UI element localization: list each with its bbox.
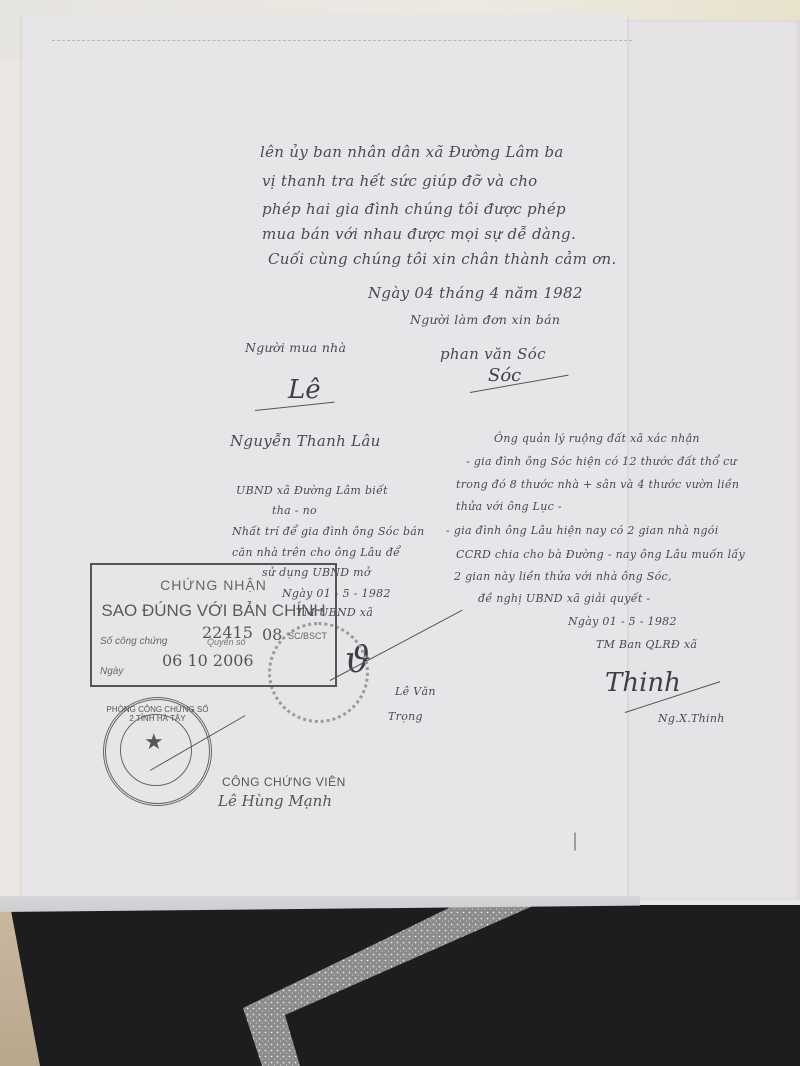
left-confirm-line-4: căn nhà trên cho ông Lâu để	[232, 546, 400, 559]
right-signer-name: Ng.X.Thinh	[658, 712, 725, 725]
petition-line-5: Cuối cùng chúng tôi xin chân thành cảm ơ…	[268, 250, 617, 268]
buyer-label: Người mua nhà	[245, 340, 346, 355]
left-confirm-line-3: Nhất trí để gia đình ông Sóc bán	[232, 525, 425, 538]
stamp-book-suffix: SC/BSCT	[288, 631, 327, 641]
right-signature: Thinh	[605, 668, 681, 698]
petition-line-1: lên ủy ban nhân dân xã Đường Lâm ba	[260, 143, 564, 161]
glitter-tape	[0, 905, 800, 1066]
middle-signer-line-2: Trọng	[388, 710, 423, 723]
right-confirm-line-3: trong đó 8 thước nhà + sân và 4 thước vư…	[456, 478, 739, 491]
stamp-number-row: Số công chứng	[100, 631, 168, 649]
notary-name: Lê Hùng Mạnh	[218, 792, 332, 810]
right-confirm-signoff: TM Ban QLRĐ xã	[596, 638, 697, 651]
right-confirm-line-8: đề nghị UBND xã giải quyết -	[478, 592, 650, 605]
right-confirm-line-5: - gia đình ông Lâu hiện nay có 2 gian nh…	[446, 524, 719, 537]
star-emblem-icon: ★	[144, 730, 164, 755]
petitioner-label: Người làm đơn xin bán	[410, 312, 560, 327]
stamp-date-row: Ngày	[100, 661, 123, 679]
left-confirm-line-2: tha - no	[272, 504, 317, 517]
petition-line-2: vị thanh tra hết sức giúp đỡ và cho	[262, 172, 538, 190]
stamp-number-label: Số công chứng	[100, 636, 168, 647]
right-confirm-line-1: Ông quản lý ruộng đất xã xác nhận	[494, 432, 700, 445]
stamp-title: CHỨNG NHẬN	[92, 577, 335, 593]
top-border-mark	[52, 40, 632, 41]
right-confirm-date: Ngày 01 - 5 - 1982	[568, 615, 677, 628]
stamp-date: 06 10 2006	[162, 651, 254, 670]
petition-line-4: mua bán với nhau được mọi sự dễ dàng.	[262, 225, 576, 243]
stamp-book: 08	[262, 625, 282, 644]
right-confirm-line-7: 2 gian này liền thửa với nhà ông Sóc,	[454, 570, 672, 583]
right-confirm-line-6: CCRD chia cho bà Đường - nay ông Lâu muố…	[456, 548, 745, 561]
stamp-subtitle: SAO ĐÚNG VỚI BẢN CHÍNH	[92, 601, 335, 621]
petitioner-name: phan văn Sóc	[440, 345, 546, 363]
middle-signer-line-1: Lê Văn	[395, 685, 436, 698]
stamp-date-label: Ngày	[100, 666, 123, 677]
right-confirm-line-2: - gia đình ông Sóc hiện có 12 thước đất …	[466, 455, 737, 468]
petition-date: Ngày 04 tháng 4 năm 1982	[368, 284, 583, 302]
buyer-signature: Lê	[288, 375, 321, 405]
buyer-name: Nguyễn Thanh Lâu	[230, 432, 381, 450]
seal-text: PHÒNG CÔNG CHỨNG SỐ 2 TỈNH HÀ TÂY	[106, 705, 209, 723]
certification-stamp: CHỨNG NHẬN SAO ĐÚNG VỚI BẢN CHÍNH Số côn…	[90, 563, 337, 687]
right-confirm-line-4: thửa với ông Lục -	[456, 500, 562, 513]
left-confirm-line-1: UBND xã Đường Lâm biết	[236, 484, 388, 497]
background-table	[0, 905, 800, 1066]
stamp-book-label: Quyển số	[207, 637, 246, 647]
pen-mark	[575, 833, 576, 851]
petition-line-3: phép hai gia đình chúng tôi được phép	[262, 200, 566, 218]
notary-title: CÔNG CHỨNG VIÊN	[222, 775, 346, 789]
notary-seal: PHÒNG CÔNG CHỨNG SỐ 2 TỈNH HÀ TÂY ★	[103, 697, 212, 806]
